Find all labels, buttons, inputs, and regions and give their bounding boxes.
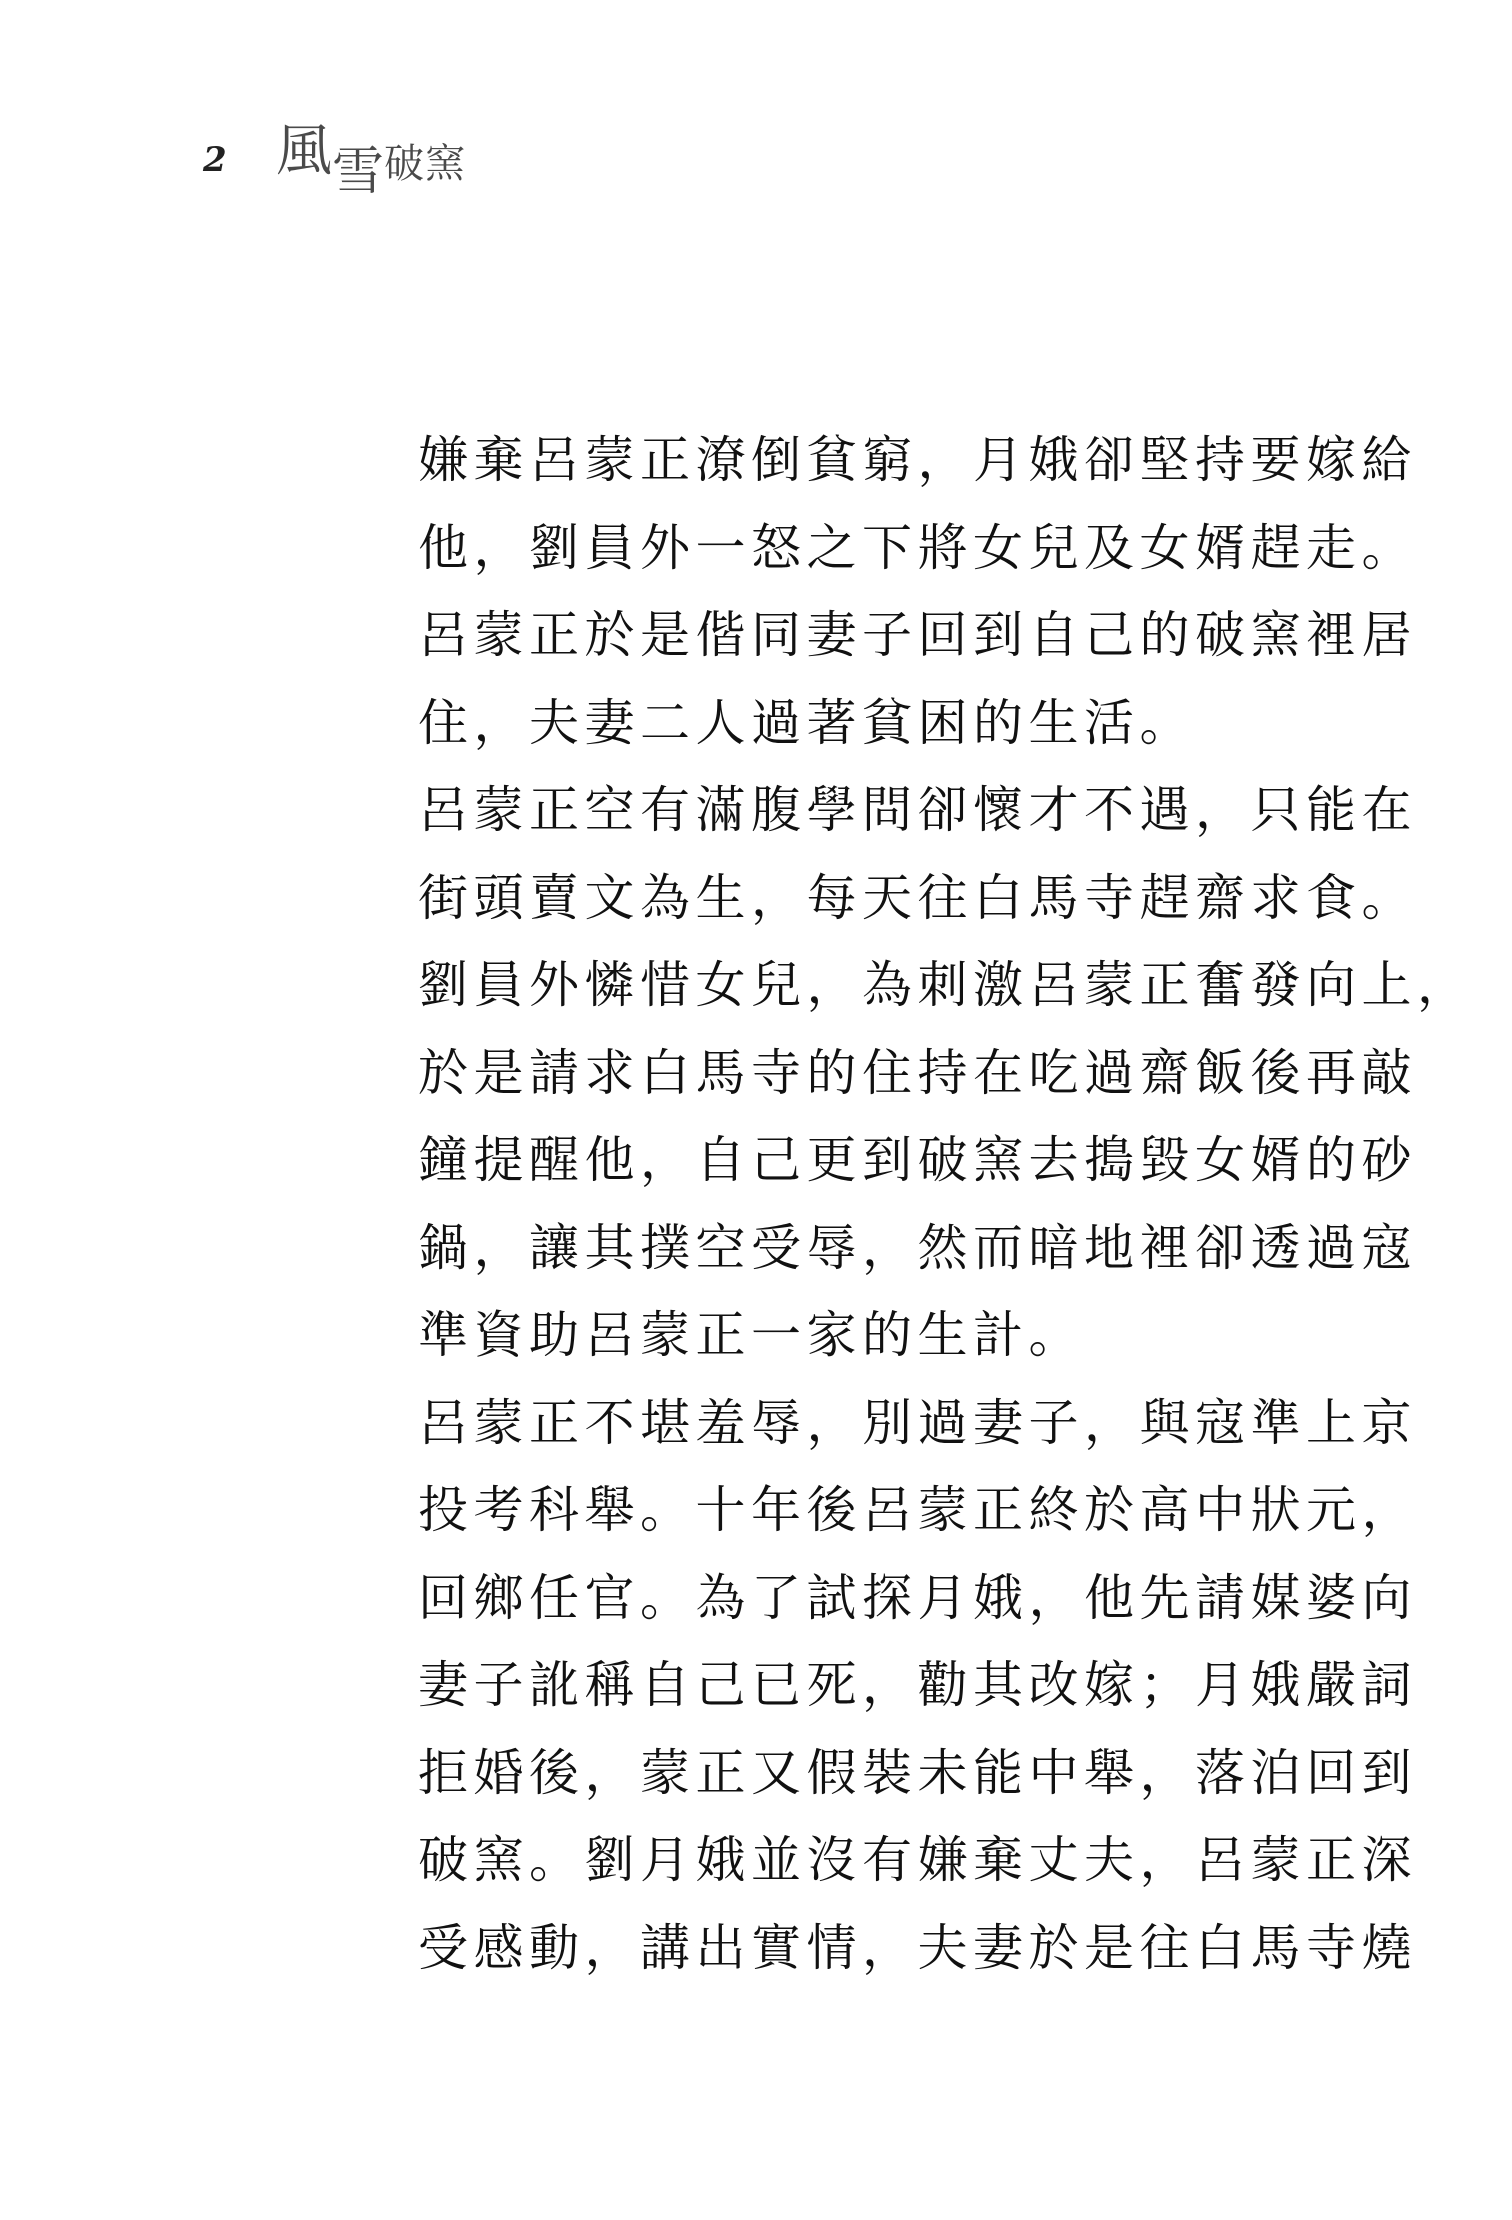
text-line: 妻子訛稱自己已死，勸其改嫁；月娥嚴詞: [418, 1655, 1258, 1743]
text-line: 住，夫妻二人過著貧困的生活。: [418, 693, 1258, 781]
running-title-char-1: 風: [276, 122, 332, 182]
text-line: 鍋，讓其撲空受辱，然而暗地裡卻透過寇: [418, 1218, 1258, 1306]
text-line: 嫌棄呂蒙正潦倒貧窮，月娥卻堅持要嫁給: [418, 430, 1258, 518]
text-line: 鐘提醒他，自己更到破窯去搗毀女婿的砂: [418, 1130, 1258, 1218]
text-line: 於是請求白馬寺的住持在吃過齋飯後再敲: [418, 1043, 1258, 1131]
text-line: 呂蒙正空有滿腹學問卻懷才不遇，只能在: [418, 780, 1258, 868]
text-line: 投考科舉。十年後呂蒙正終於高中狀元，: [418, 1480, 1258, 1568]
text-line: 回鄉任官。為了試探月娥，他先請媒婆向: [418, 1568, 1258, 1656]
text-line: 準資助呂蒙正一家的生計。: [418, 1305, 1258, 1393]
page-number: 2: [203, 140, 227, 180]
text-line: 受感動，講出實情，夫妻於是往白馬寺燒: [418, 1918, 1258, 2006]
text-line: 呂蒙正於是偕同妻子回到自己的破窯裡居: [418, 605, 1258, 693]
text-line: 劉員外憐惜女兒，為刺激呂蒙正奮發向上，: [418, 955, 1258, 1043]
text-line: 他，劉員外一怒之下將女兒及女婿趕走。: [418, 518, 1258, 606]
text-line: 破窯。劉月娥並沒有嫌棄丈夫，呂蒙正深: [418, 1830, 1258, 1918]
text-line: 呂蒙正不堪羞辱，別過妻子，與寇準上京: [418, 1393, 1258, 1481]
text-line: 街頭賣文為生，每天往白馬寺趕齋求食。: [418, 868, 1258, 956]
text-line: 拒婚後，蒙正又假裝未能中舉，落泊回到: [418, 1743, 1258, 1831]
body-text: 嫌棄呂蒙正潦倒貧窮，月娥卻堅持要嫁給 他，劉員外一怒之下將女兒及女婿趕走。 呂蒙…: [418, 430, 1258, 2005]
running-title-char-2: 雪: [332, 144, 384, 200]
running-title-rest: 破窯: [384, 142, 466, 186]
page-header: 2 風 雪 破窯: [0, 0, 1512, 220]
